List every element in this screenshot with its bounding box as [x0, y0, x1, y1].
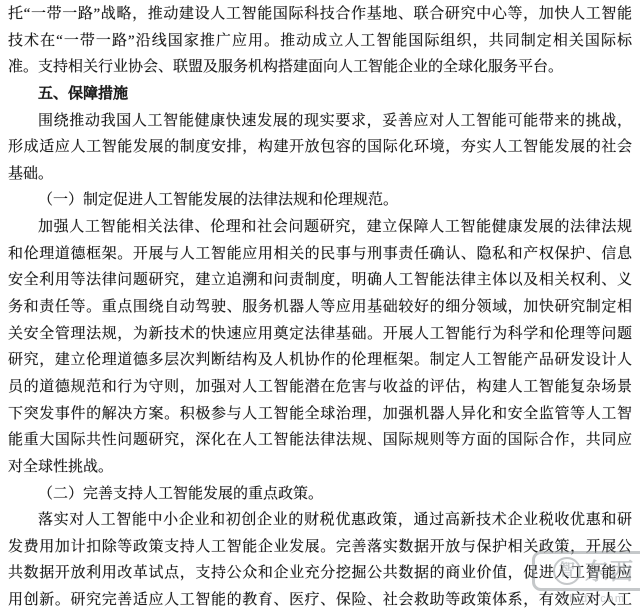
watermark-text: 东西: [585, 560, 635, 583]
watermark-circle-char: 智: [559, 563, 575, 579]
text-line: 安全利用等法律问题研究，建立追溯和问责制度，明确人工智能法律主体以及相关权利、义: [8, 267, 632, 294]
section-heading: 五、保障措施: [8, 81, 632, 108]
text-line: 落实对人工智能中小企业和初创企业的财税优惠政策，通过高新技术企业税收优惠和研: [8, 507, 632, 534]
text-line: 务和责任等。重点围绕自动驾驶、服务机器人等应用基础较好的细分领域，加快研究制定相: [8, 294, 632, 321]
text-line: 关安全管理法规，为新技术的快速应用奠定法律基础。开展人工智能行为科学和伦理等问题: [8, 321, 632, 348]
text-line: 对全球性挑战。: [8, 454, 632, 481]
text-line: （一）制定促进人工智能发展的法律法规和伦理规范。: [8, 187, 632, 214]
text-line: （二）完善支持人工智能发展的重点政策。: [8, 481, 632, 508]
text-line: 员的道德规范和行为守则，加强对人工智能潜在危害与收益的评估，构建人工智能复杂场景: [8, 374, 632, 401]
document-text: 托“一带一路”战略，推动建设人工智能国际科技合作基地、联合研究中心等，加快人工智…: [0, 0, 640, 614]
text-line: 围绕推动我国人工智能健康快速发展的现实要求，妥善应对人工智能可能带来的挑战，: [8, 108, 632, 135]
watermark-logo: 智 东西: [532, 551, 640, 591]
text-line: 和伦理道德框架。开展与人工智能应用相关的民事与刑事责任确认、隐私和产权保护、信息: [8, 241, 632, 268]
text-line: 准。支持相关行业协会、联盟及服务机构搭建面向人工智能企业的全球化服务平台。: [8, 54, 632, 81]
watermark-url: zhidx.com: [532, 593, 640, 605]
text-line: 能重大国际共性问题研究，深化在人工智能法律法规、国际规则等方面的国际合作，共同应: [8, 427, 632, 454]
text-line: 研究，建立伦理道德多层次判断结构及人机协作的伦理框架。制定人工智能产品研发设计人: [8, 347, 632, 374]
text-line: 形成适应人工智能发展的制度安排，构建开放包容的国际化环境，夯实人工智能发展的社会: [8, 134, 632, 161]
text-line: 基础。: [8, 161, 632, 188]
text-line: 下突发事件的解决方案。积极参与人工智能全球治理，加强机器人异化和安全监管等人工智: [8, 401, 632, 428]
text-line: 技术在“一带一路”沿线国家推广应用。推动成立人工智能国际组织，共同制定相关国际标: [8, 28, 632, 55]
text-line: 加强人工智能相关法律、伦理和社会问题研究，建立保障人工智能健康发展的法律法规: [8, 214, 632, 241]
watermark-circle-icon: 智: [553, 557, 581, 585]
watermark: 智 东西 zhidx.com: [532, 551, 640, 605]
document-page: 托“一带一路”战略，推动建设人工智能国际科技合作基地、联合研究中心等，加快人工智…: [0, 0, 640, 614]
text-line: 托“一带一路”战略，推动建设人工智能国际科技合作基地、联合研究中心等，加快人工智…: [8, 1, 632, 28]
